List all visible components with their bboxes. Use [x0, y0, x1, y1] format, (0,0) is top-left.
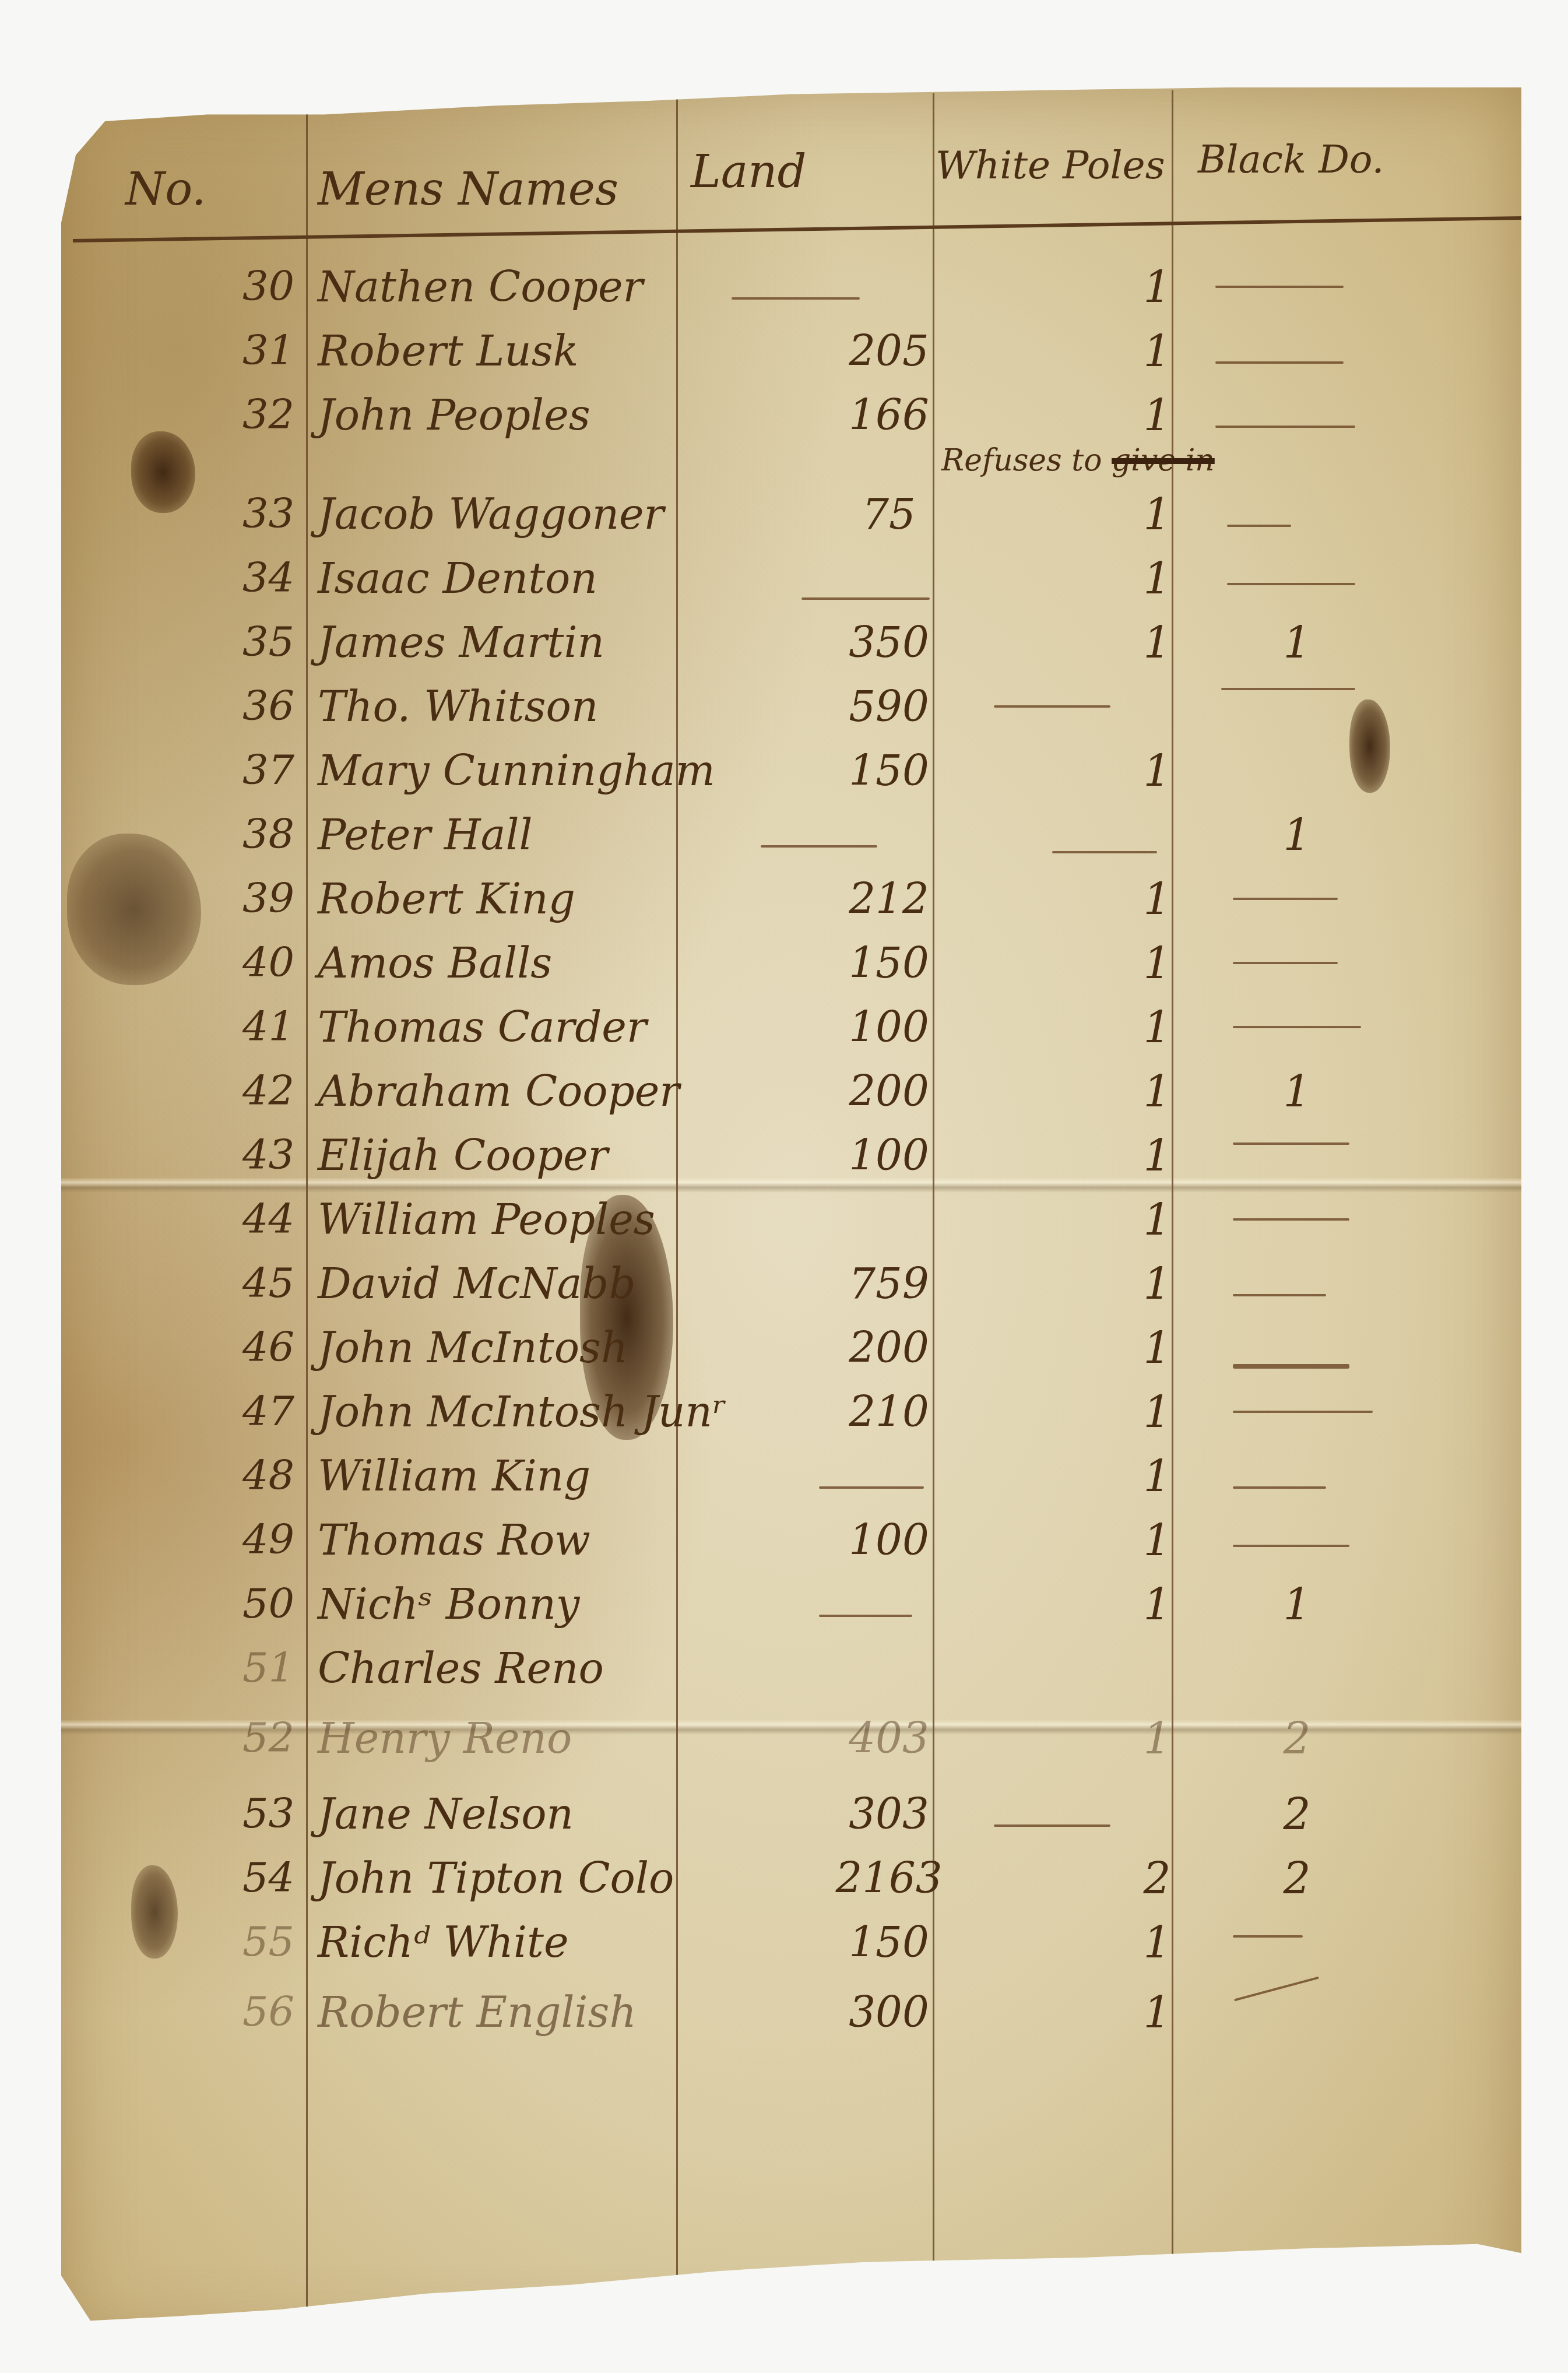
land-acres: 403	[801, 1714, 976, 1763]
blank-dash	[1233, 898, 1338, 900]
header-underline	[73, 216, 1524, 242]
land-acres: 212	[801, 874, 976, 923]
land-acres: 300	[801, 1988, 976, 2037]
land-acres: 590	[801, 682, 976, 731]
blank-dash	[1233, 1411, 1373, 1413]
table-row: 55 Richᵈ White 150 1	[61, 1918, 1521, 1982]
table-row: 49 Thomas Row 100 1	[61, 1516, 1521, 1580]
land-acres: 205	[801, 326, 976, 375]
person-name: Robert English	[318, 1988, 637, 2037]
row-number: 50	[195, 1580, 294, 1627]
white-polls: 1	[1122, 1259, 1192, 1309]
person-name: David McNabb	[318, 1259, 635, 1308]
land-acres: 759	[801, 1259, 976, 1308]
blank-dash	[994, 1824, 1110, 1827]
land-acres: 166	[801, 391, 976, 440]
person-name: Henry Reno	[318, 1714, 572, 1763]
blank-dash	[1233, 962, 1338, 964]
black-polls: 2	[1262, 1854, 1332, 1904]
row-number: 49	[195, 1516, 294, 1563]
person-name: Nathen Cooper	[318, 262, 643, 311]
blank-dash	[1233, 1545, 1349, 1547]
black-polls: 1	[1262, 1580, 1332, 1630]
white-polls: 1	[1122, 1580, 1192, 1630]
header-number: No.	[125, 163, 206, 216]
white-polls: 1	[1122, 1323, 1192, 1373]
white-polls: 1	[1122, 1988, 1192, 2038]
row-number: 30	[195, 262, 294, 310]
row-number: 43	[195, 1131, 294, 1179]
blank-dash	[1227, 525, 1291, 527]
land-acres: 150	[801, 1918, 976, 1967]
table-row: 43 Elijah Cooper 100 1	[61, 1131, 1521, 1195]
row-number: 33	[195, 490, 294, 537]
struck-text: give in	[1112, 443, 1215, 478]
land-acres: 100	[801, 1003, 976, 1052]
person-name: John Peoples	[318, 391, 590, 440]
row-number: 45	[195, 1259, 294, 1307]
table-row: 42 Abraham Cooper 200 1 1	[61, 1067, 1521, 1131]
land-acres: 150	[801, 746, 976, 795]
blank-dash	[1233, 1142, 1349, 1145]
white-polls: 1	[1122, 746, 1192, 796]
table-row: 56 Robert English 300 1	[61, 1988, 1521, 2052]
row-number: 32	[195, 391, 294, 438]
land-acres: 100	[801, 1516, 976, 1565]
header-land: Land	[691, 146, 806, 198]
blank-dash	[819, 1486, 924, 1489]
row-number: 54	[195, 1854, 294, 1901]
land-acres: 210	[801, 1387, 976, 1436]
table-row: 44 William Peoples 1	[61, 1195, 1521, 1259]
person-name: Thomas Row	[318, 1516, 590, 1565]
row-number: 48	[195, 1451, 294, 1499]
table-row: 38 Peter Hall 1	[61, 810, 1521, 874]
person-name: Amos Balls	[318, 938, 552, 987]
white-polls: 1	[1122, 1714, 1192, 1764]
blank-dash	[1233, 1218, 1349, 1221]
blank-dash	[994, 705, 1110, 708]
table-row: 30 Nathen Cooper 1	[61, 262, 1521, 326]
person-name: Robert Lusk	[318, 326, 578, 375]
row-number: 36	[195, 682, 294, 730]
table-row: 46 John McIntosh 200 1	[61, 1323, 1521, 1387]
table-row: 45 David McNabb 759 1	[61, 1259, 1521, 1323]
black-polls: 1	[1262, 810, 1332, 860]
person-name: Thomas Carder	[318, 1003, 646, 1052]
blank-dash	[732, 297, 860, 300]
black-polls: 1	[1262, 1067, 1332, 1117]
white-polls: 1	[1122, 1918, 1192, 1968]
row-number: 37	[195, 746, 294, 794]
person-name: Tho. Whitson	[318, 682, 598, 731]
table-row: 47 John McIntosh Junʳ 210 1	[61, 1387, 1521, 1451]
blank-dash	[1215, 361, 1344, 364]
table-row: 41 Thomas Carder 100 1	[61, 1003, 1521, 1067]
black-polls: 1	[1262, 618, 1332, 668]
person-name: Charles Reno	[318, 1644, 604, 1693]
person-name: Isaac Denton	[318, 554, 597, 603]
land-acres: 350	[801, 618, 976, 667]
white-polls: 1	[1122, 1067, 1192, 1117]
land-acres: 200	[801, 1067, 976, 1116]
table-row: 40 Amos Balls 150 1	[61, 938, 1521, 1003]
table-row: 35 James Martin 350 1 1	[61, 618, 1521, 682]
land-acres: 100	[801, 1131, 976, 1180]
row-number: 47	[195, 1387, 294, 1435]
person-name: Mary Cunningham	[318, 746, 715, 795]
blank-dash	[1233, 1294, 1326, 1296]
table-row: 39 Robert King 212 1	[61, 874, 1521, 938]
row-number: 51	[195, 1644, 294, 1692]
person-name: Jane Nelson	[318, 1790, 574, 1838]
note-text: Refuses to	[941, 443, 1102, 478]
ledger-page: No. Mens Names Land White Poles Black Do…	[61, 87, 1521, 2343]
row-number: 55	[195, 1918, 294, 1966]
white-polls: 1	[1122, 1003, 1192, 1053]
blank-dash	[1221, 688, 1355, 690]
table-row: 52 Henry Reno 403 1 2	[61, 1714, 1521, 1778]
refusal-note: Refuses to give in	[941, 443, 1215, 478]
white-polls: 1	[1122, 1451, 1192, 1502]
row-number: 52	[195, 1714, 294, 1762]
person-name: William Peoples	[318, 1195, 655, 1244]
row-number: 56	[195, 1988, 294, 2035]
white-polls: 1	[1122, 938, 1192, 989]
row-number: 31	[195, 326, 294, 374]
white-polls: 1	[1122, 1516, 1192, 1566]
black-polls: 2	[1262, 1714, 1332, 1764]
white-polls: 1	[1122, 326, 1192, 377]
row-number: 42	[195, 1067, 294, 1115]
blank-dash	[801, 597, 930, 600]
header-white-polls: White Poles	[936, 143, 1165, 188]
blank-dash	[1215, 286, 1344, 288]
blank-dash	[1052, 851, 1157, 853]
blank-dash	[761, 845, 877, 848]
row-number: 41	[195, 1003, 294, 1050]
row-number: 38	[195, 810, 294, 858]
white-polls: 1	[1122, 262, 1192, 312]
blank-dash	[1233, 1935, 1303, 1938]
row-number: 46	[195, 1323, 294, 1371]
person-name: Abraham Cooper	[318, 1067, 680, 1116]
blank-dash	[1233, 1364, 1349, 1369]
table-row: 36 Tho. Whitson 590	[61, 682, 1521, 746]
row-number: 44	[195, 1195, 294, 1243]
white-polls: 2	[1122, 1854, 1192, 1904]
person-name: Peter Hall	[318, 810, 532, 859]
blank-dash	[819, 1615, 912, 1617]
land-acres: 200	[801, 1323, 976, 1372]
white-polls: 1	[1122, 618, 1192, 668]
person-name: Richᵈ White	[318, 1918, 569, 1967]
table-row: 37 Mary Cunningham 150 1	[61, 746, 1521, 810]
white-polls: 1	[1122, 391, 1192, 441]
person-name: Jacob Waggoner	[318, 490, 664, 539]
person-name: James Martin	[318, 618, 604, 667]
table-row: 34 Isaac Denton 1	[61, 554, 1521, 618]
person-name: John Tipton Colo	[318, 1854, 674, 1903]
row-number: 40	[195, 938, 294, 986]
land-acres: 150	[801, 938, 976, 987]
blank-dash	[1215, 426, 1355, 428]
header-names: Mens Names	[318, 163, 618, 216]
table-row: 31 Robert Lusk 205 1	[61, 326, 1521, 391]
table-row: 33 Jacob Waggoner 75 1	[61, 490, 1521, 554]
person-name: John McIntosh Junʳ	[318, 1387, 727, 1436]
white-polls: 1	[1122, 874, 1192, 924]
blank-dash	[1233, 1486, 1326, 1489]
person-name: Robert King	[318, 874, 575, 923]
header-black-polls: Black Do.	[1198, 137, 1384, 182]
person-name: Nichˢ Bonny	[318, 1580, 580, 1629]
table-row: 51 Charles Reno	[61, 1644, 1521, 1708]
blank-dash	[1227, 583, 1355, 585]
land-acres: 2163	[801, 1854, 976, 1903]
black-polls: 2	[1262, 1790, 1332, 1840]
white-polls: 1	[1122, 554, 1192, 604]
table-row: 53 Jane Nelson 303 2	[61, 1790, 1521, 1854]
person-name: Elijah Cooper	[318, 1131, 608, 1180]
table-row: 54 John Tipton Colo 2163 2 2	[61, 1854, 1521, 1918]
row-number: 35	[195, 618, 294, 666]
table-row: 48 William King 1	[61, 1451, 1521, 1516]
person-name: John McIntosh	[318, 1323, 628, 1372]
white-polls: 1	[1122, 490, 1192, 540]
white-polls: 1	[1122, 1131, 1192, 1181]
white-polls: 1	[1122, 1195, 1192, 1245]
row-number: 53	[195, 1790, 294, 1837]
blank-dash	[1233, 1026, 1361, 1028]
land-acres: 303	[801, 1790, 976, 1838]
table-row: 50 Nichˢ Bonny 1 1	[61, 1580, 1521, 1644]
person-name: William King	[318, 1451, 590, 1500]
row-number: 34	[195, 554, 294, 602]
white-polls: 1	[1122, 1387, 1192, 1437]
land-acres: 75	[801, 490, 976, 539]
row-number: 39	[195, 874, 294, 922]
